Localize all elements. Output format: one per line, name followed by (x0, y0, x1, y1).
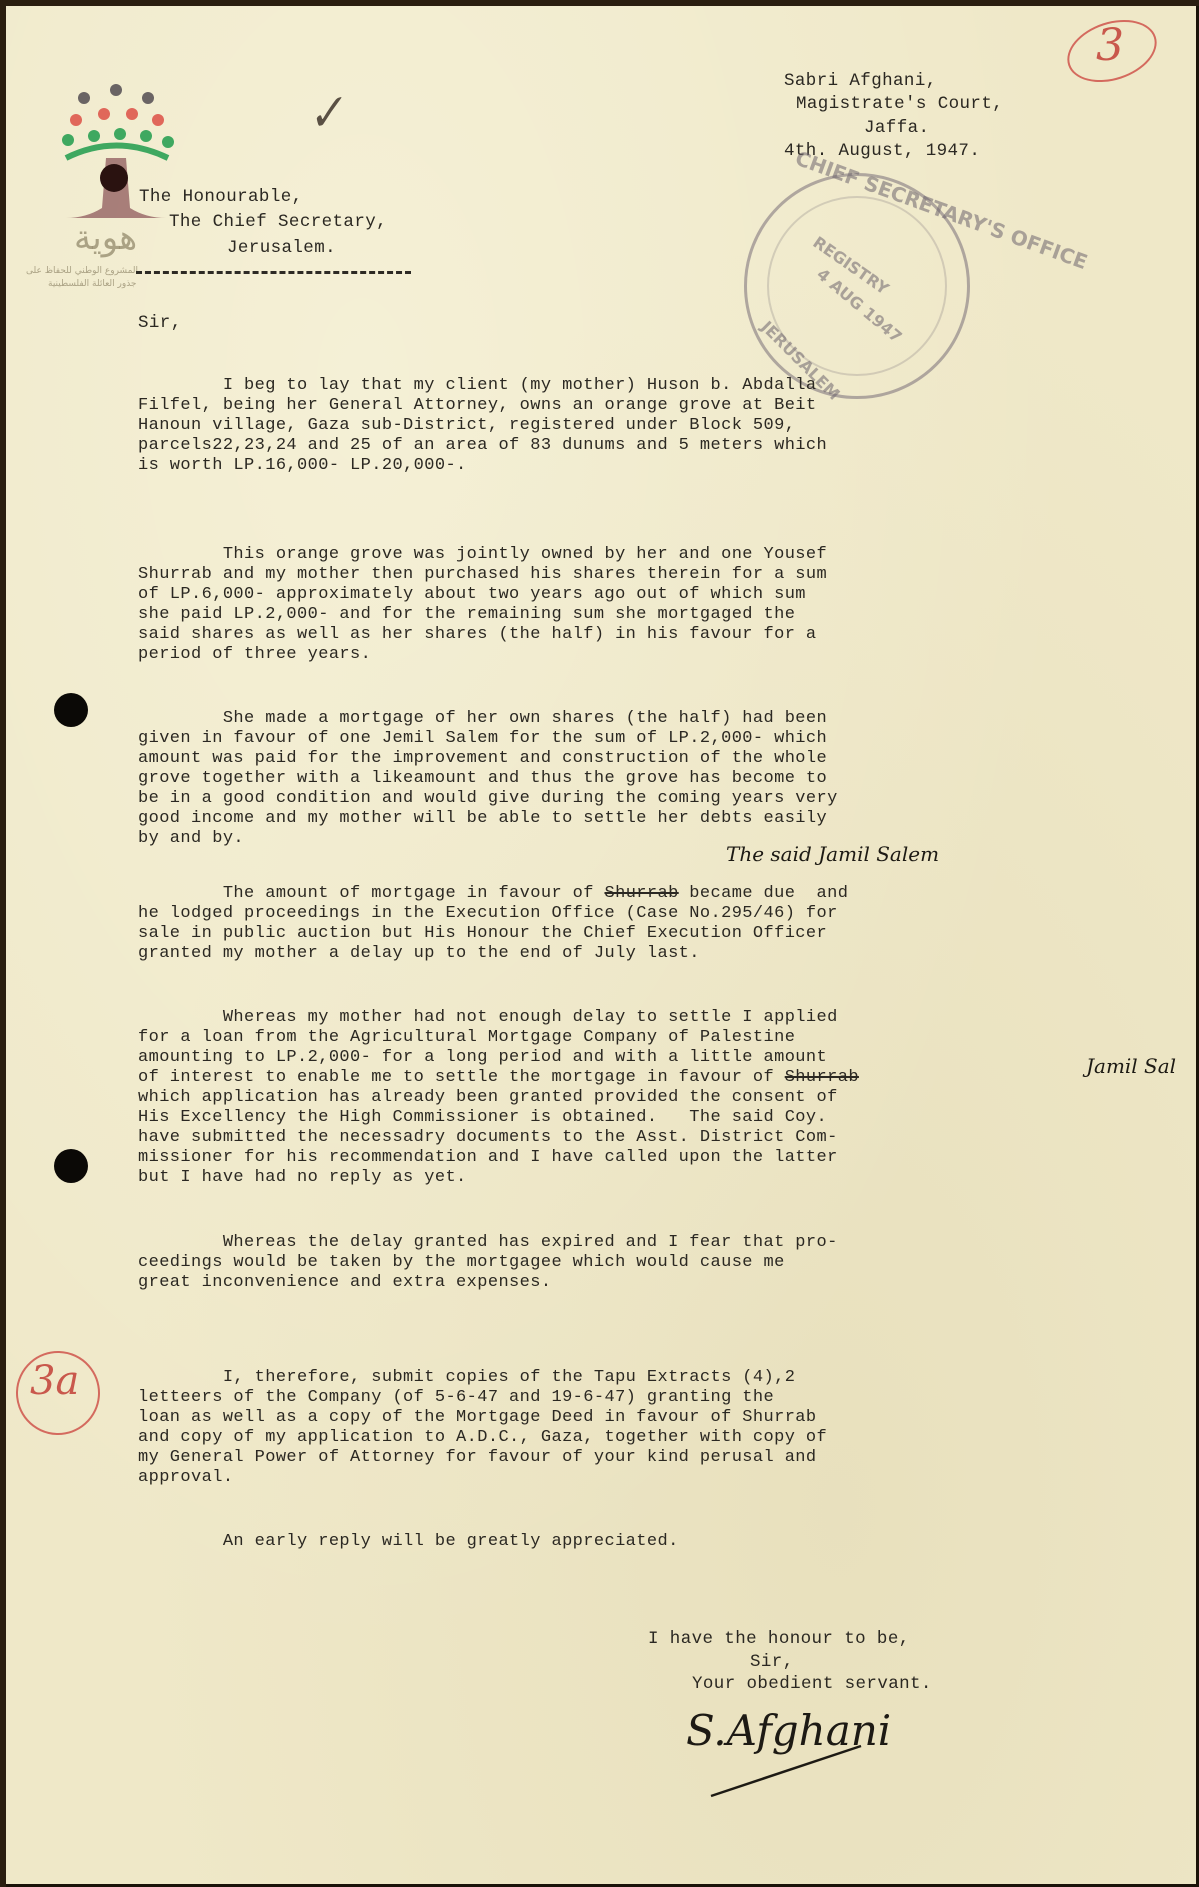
closing-line1: I have the honour to be, (648, 1629, 910, 1649)
text-line: given in favour of one Jemil Salem for t… (138, 729, 827, 749)
margin-mark: 3a (30, 1358, 79, 1404)
sender-office: Magistrate's Court, (796, 94, 1003, 114)
text-line: which application has already been grant… (138, 1088, 838, 1108)
text-line: my General Power of Attorney for favour … (138, 1448, 817, 1468)
text-line: have submitted the necessadry documents … (138, 1128, 838, 1148)
recipient-line1: The Honourable, (139, 187, 303, 207)
text-line: said shares as well as her shares (the h… (138, 625, 817, 645)
text-segment: The amount of mortgage in favour of (138, 884, 604, 903)
text-line: for a loan from the Agricultural Mortgag… (138, 1028, 795, 1048)
text-line: of LP.6,000- approximately about two yea… (138, 585, 806, 605)
text-line: An early reply will be greatly appreciat… (138, 1532, 679, 1552)
text-line: ceedings would be taken by the mortgagee… (138, 1253, 785, 1273)
text-line: of interest to enable me to settle the m… (138, 1068, 859, 1088)
text-line: letteers of the Company (of 5-6-47 and 1… (138, 1388, 774, 1408)
salutation: Sir, (138, 313, 182, 333)
text-line: Whereas my mother had not enough delay t… (138, 1008, 838, 1028)
text-line: parcels22,23,24 and 25 of an area of 83 … (138, 436, 827, 456)
struck-word: Shurrab (604, 884, 678, 903)
text-segment: became due and (679, 884, 849, 903)
signature-underline (706, 1741, 866, 1801)
text-segment: of interest to enable me to settle the m… (138, 1068, 785, 1087)
letter-page: هوية المشروع الوطني للحفاظ على جذور العا… (6, 6, 1196, 1884)
text-line: good income and my mother will be able t… (138, 809, 827, 829)
text-line: missioner for his recommendation and I h… (138, 1148, 838, 1168)
text-line: This orange grove was jointly owned by h… (138, 545, 827, 565)
text-line: great inconvenience and extra expenses. (138, 1273, 551, 1293)
text-line: amounting to LP.2,000- for a long period… (138, 1048, 827, 1068)
checkmark-icon: ✓ (302, 83, 349, 143)
page-number-mark: 3 (1096, 20, 1124, 71)
text-line: Hanoun village, Gaza sub-District, regis… (138, 416, 795, 436)
text-line: The amount of mortgage in favour of Shur… (138, 884, 848, 904)
sender-name: Sabri Afghani, (784, 71, 937, 91)
closing-line2: Sir, (750, 1652, 794, 1672)
text-line: approval. (138, 1468, 233, 1488)
text-line: by and by. (138, 829, 244, 849)
handwritten-note: Jamil Sal (1086, 1054, 1176, 1078)
text-line: he lodged proceedings in the Execution O… (138, 904, 838, 924)
watermark-logo: هوية المشروع الوطني للحفاظ على جذور العا… (56, 78, 176, 278)
recipient-line2: The Chief Secretary, (169, 212, 387, 232)
text-line: amount was paid for the improvement and … (138, 749, 827, 769)
text-line: loan as well as a copy of the Mortgage D… (138, 1408, 817, 1428)
watermark-title: هوية (74, 218, 137, 258)
text-line: Shurrab and my mother then purchased his… (138, 565, 827, 585)
text-line: I beg to lay that my client (my mother) … (138, 376, 817, 396)
sender-city: Jaffa. (864, 118, 929, 138)
watermark-line2: جذور العائلة الفلسطينية (48, 279, 137, 289)
divider-rule (136, 271, 411, 274)
text-line: be in a good condition and would give du… (138, 789, 838, 809)
closing-line3: Your obedient servant. (692, 1674, 932, 1694)
punch-hole (54, 693, 88, 727)
text-line: period of three years. (138, 645, 371, 665)
text-line: sale in public auction but His Honour th… (138, 924, 827, 944)
text-line: granted my mother a delay up to the end … (138, 944, 700, 964)
struck-word: Shurrab (785, 1068, 859, 1087)
text-line: is worth LP.16,000- LP.20,000-. (138, 456, 467, 476)
recipient-line3: Jerusalem. (227, 238, 336, 258)
text-line: She made a mortgage of her own shares (t… (138, 709, 827, 729)
text-line: His Excellency the High Commissioner is … (138, 1108, 827, 1128)
text-line: Filfel, being her General Attorney, owns… (138, 396, 817, 416)
text-line: I, therefore, submit copies of the Tapu … (138, 1368, 795, 1388)
text-line: she paid LP.2,000- and for the remaining… (138, 605, 795, 625)
text-line: and copy of my application to A.D.C., Ga… (138, 1428, 827, 1448)
text-line: Whereas the delay granted has expired an… (138, 1233, 838, 1253)
handwritten-note: The said Jamil Salem (726, 842, 939, 866)
watermark-line1: المشروع الوطني للحفاظ على (26, 266, 138, 276)
punch-hole (54, 1149, 88, 1183)
text-line: but I have had no reply as yet. (138, 1168, 467, 1188)
registry-stamp: CHIEF SECRETARY'S OFFICE REGISTRY 4 AUG … (744, 173, 970, 399)
text-line: grove together with a likeamount and thu… (138, 769, 827, 789)
